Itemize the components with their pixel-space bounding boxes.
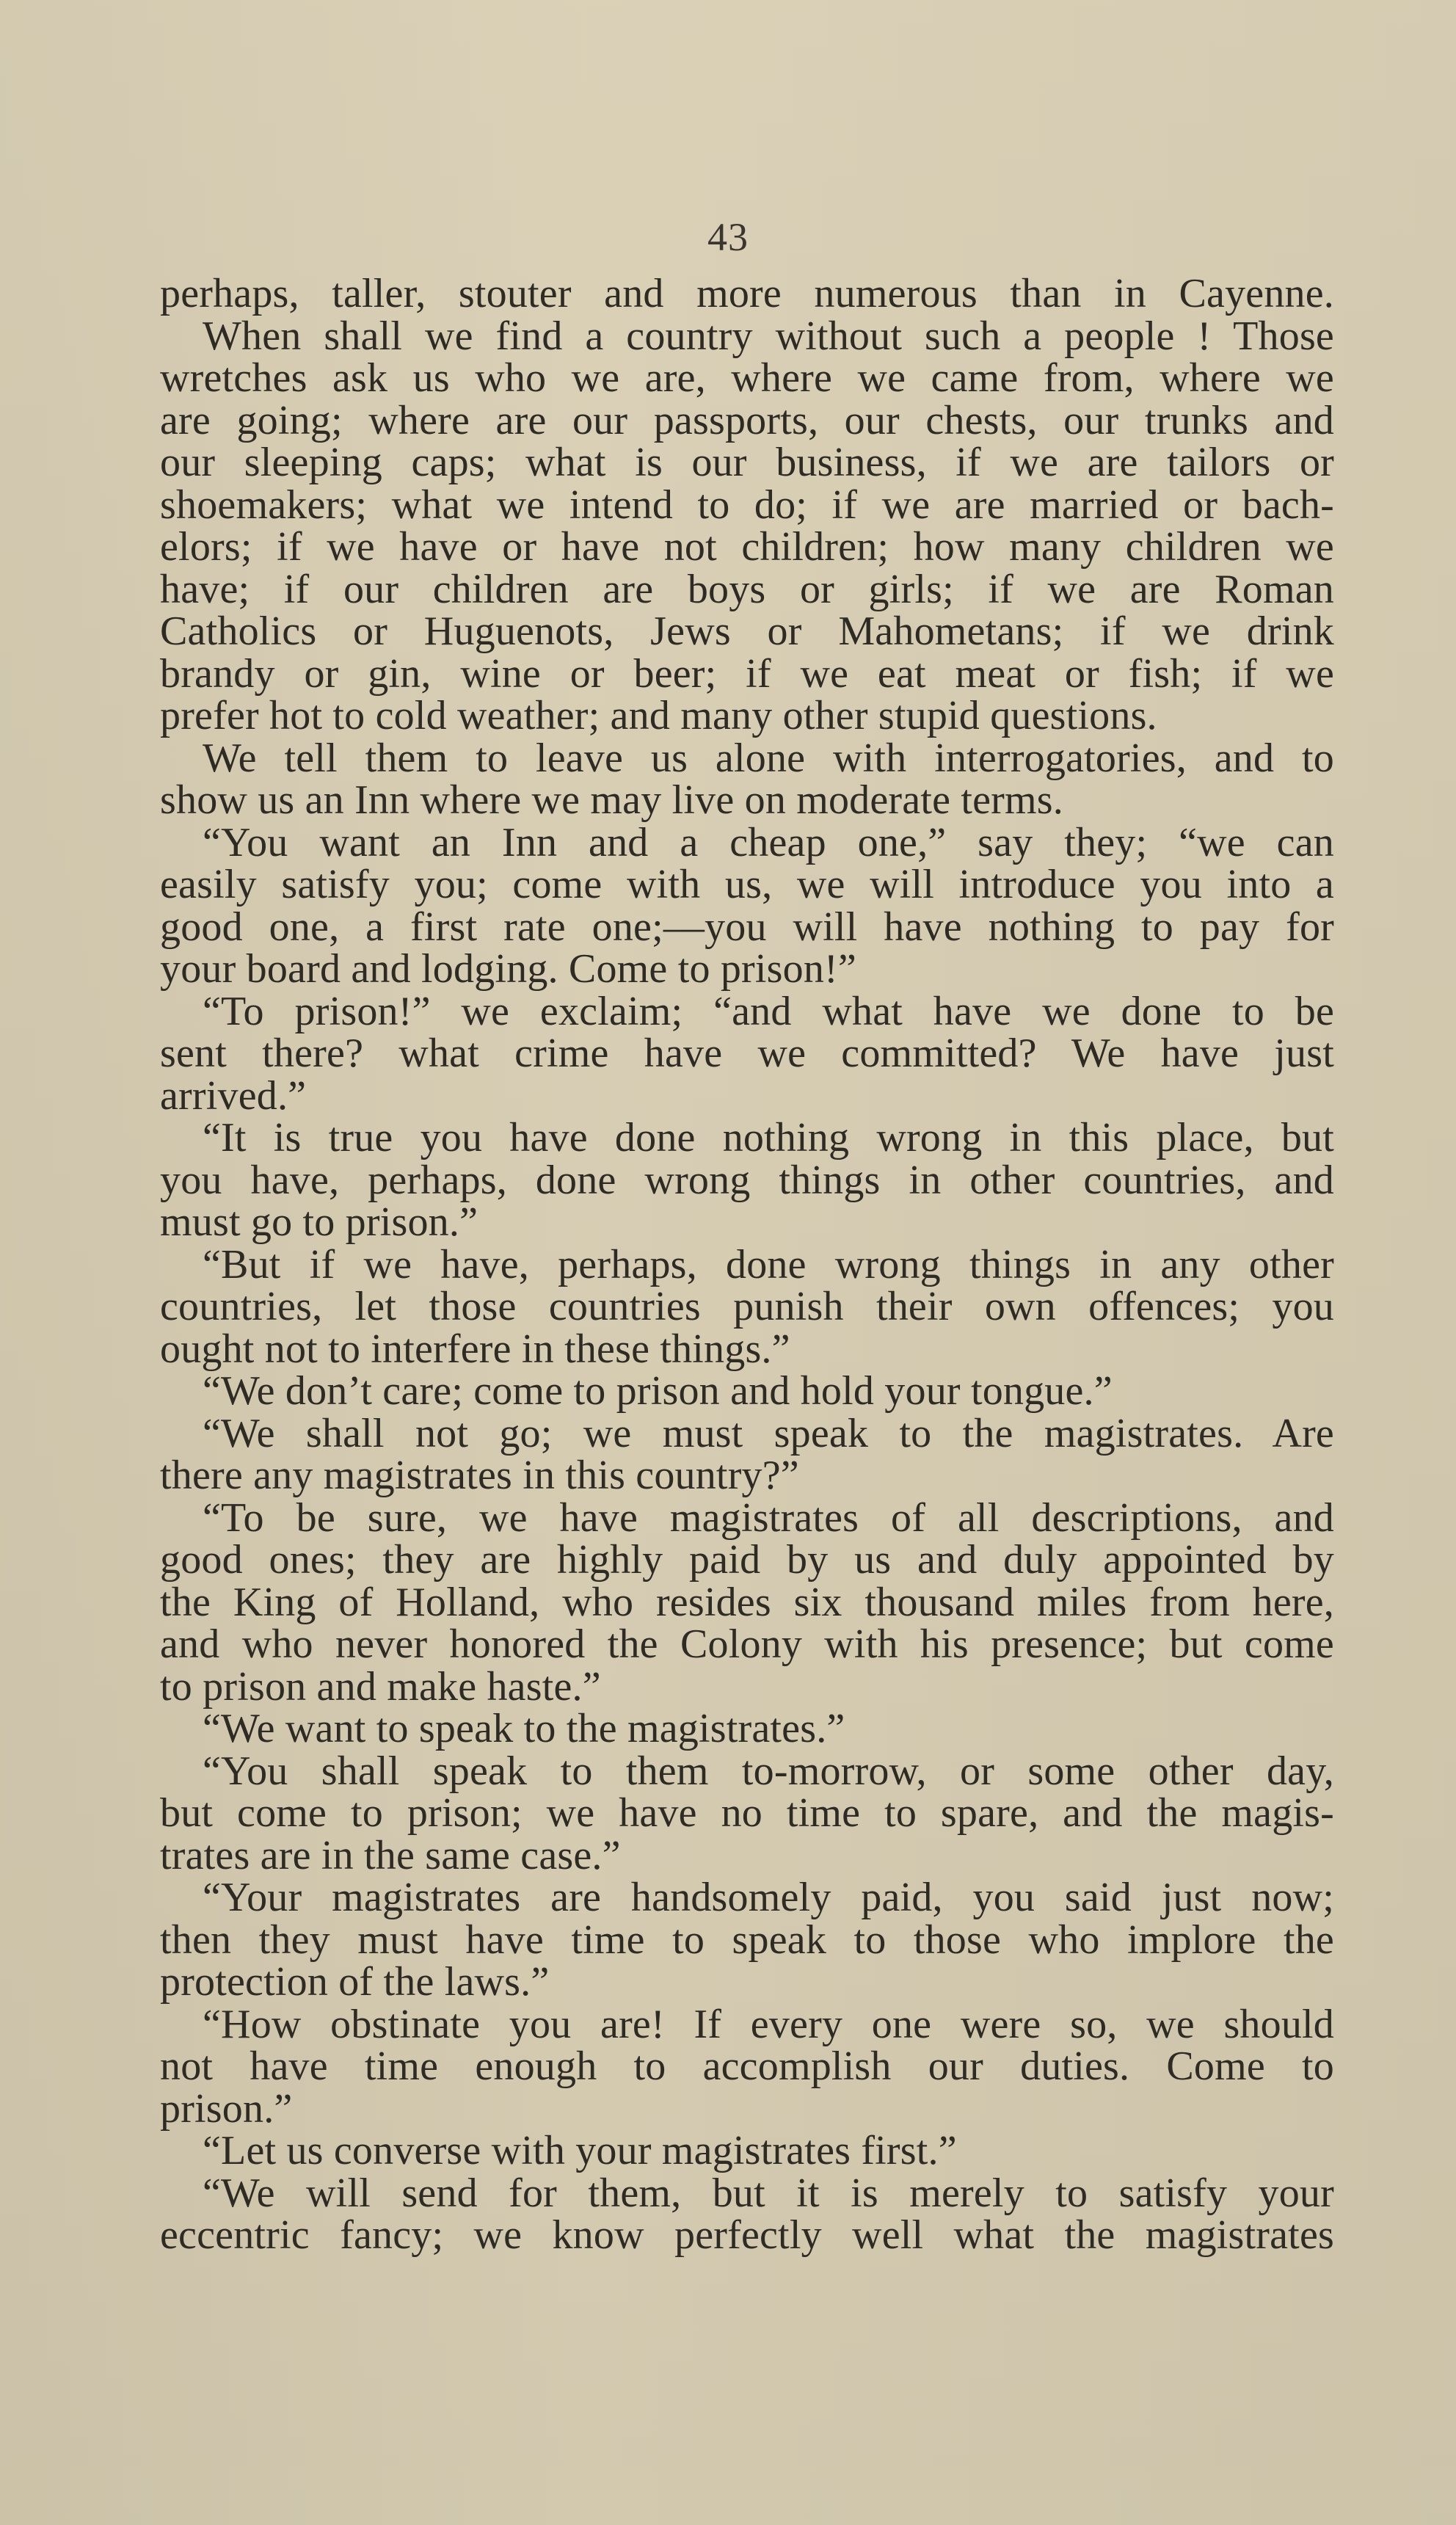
text-line: you have, perhaps, done wrong things in … (160, 1160, 1334, 1202)
text-line: protection of the laws.” (160, 1961, 1334, 2004)
text-line: perhaps, taller, stouter and more numero… (160, 273, 1334, 316)
text-line: ought not to interfere in these things.” (160, 1329, 1334, 1371)
text-line: “Let us converse with your magistrates f… (160, 2130, 1334, 2173)
text-line: and who never honored the Colony with hi… (160, 1624, 1334, 1666)
text-line: “To prison!” we exclaim; “and what have … (160, 991, 1334, 1033)
text-line: sent there? what crime have we committed… (160, 1033, 1334, 1075)
text-line: easily satisfy you; come with us, we wil… (160, 864, 1334, 907)
text-line: “It is true you have done nothing wrong … (160, 1117, 1334, 1160)
text-line: not have time enough to accomplish our d… (160, 2046, 1334, 2088)
text-line: “Your magistrates are handsomely paid, y… (160, 1877, 1334, 1919)
text-line: “But if we have, perhaps, done wrong thi… (160, 1244, 1334, 1287)
text-line: “You want an Inn and a cheap one,” say t… (160, 822, 1334, 865)
text-line: countries, let those countries punish th… (160, 1286, 1334, 1329)
page-number: 43 (0, 214, 1456, 260)
text-line: but come to prison; we have no time to s… (160, 1792, 1334, 1835)
text-line: shoemakers; what we intend to do; if we … (160, 484, 1334, 527)
text-line: “We don’t care; come to prison and hold … (160, 1370, 1334, 1413)
text-line: trates are in the same case.” (160, 1835, 1334, 1878)
text-line: “We want to speak to the magistrates.” (160, 1708, 1334, 1751)
text-line: brandy or gin, wine or beer; if we eat m… (160, 653, 1334, 696)
text-line: “To be sure, we have magistrates of all … (160, 1497, 1334, 1540)
text-line: “We will send for them, but it is merely… (160, 2173, 1334, 2215)
body-text: perhaps, taller, stouter and more numero… (160, 273, 1334, 2257)
text-line: prefer hot to cold weather; and many oth… (160, 695, 1334, 738)
text-line: to prison and make haste.” (160, 1666, 1334, 1709)
text-line: “We shall not go; we must speak to the m… (160, 1413, 1334, 1456)
text-line: prison.” (160, 2088, 1334, 2131)
text-line: We tell them to leave us alone with inte… (160, 738, 1334, 780)
text-line: wretches ask us who we are, where we cam… (160, 357, 1334, 400)
text-line: good ones; they are highly paid by us an… (160, 1539, 1334, 1582)
text-line: arrived.” (160, 1075, 1334, 1118)
text-line: there any magistrates in this country?” (160, 1455, 1334, 1497)
text-line: have; if our children are boys or girls;… (160, 569, 1334, 611)
text-line: “You shall speak to them to-morrow, or s… (160, 1751, 1334, 1793)
text-line: then they must have time to speak to tho… (160, 1919, 1334, 1962)
text-line: our sleeping caps; what is our business,… (160, 442, 1334, 484)
text-line: your board and lodging. Come to prison!” (160, 948, 1334, 991)
text-line: “How obstinate you are! If every one wer… (160, 2004, 1334, 2046)
text-line: Catholics or Huguenots, Jews or Mahometa… (160, 611, 1334, 653)
text-line: must go to prison.” (160, 1202, 1334, 1244)
text-line: are going; where are our passports, our … (160, 400, 1334, 443)
text-line: When shall we find a country without suc… (160, 316, 1334, 358)
text-line: show us an Inn where we may live on mode… (160, 780, 1334, 822)
text-line: eccentric fancy; we know perfectly well … (160, 2215, 1334, 2257)
text-line: elors; if we have or have not children; … (160, 526, 1334, 569)
text-line: good one, a first rate one;—you will hav… (160, 907, 1334, 949)
text-line: the King of Holland, who resides six tho… (160, 1582, 1334, 1624)
